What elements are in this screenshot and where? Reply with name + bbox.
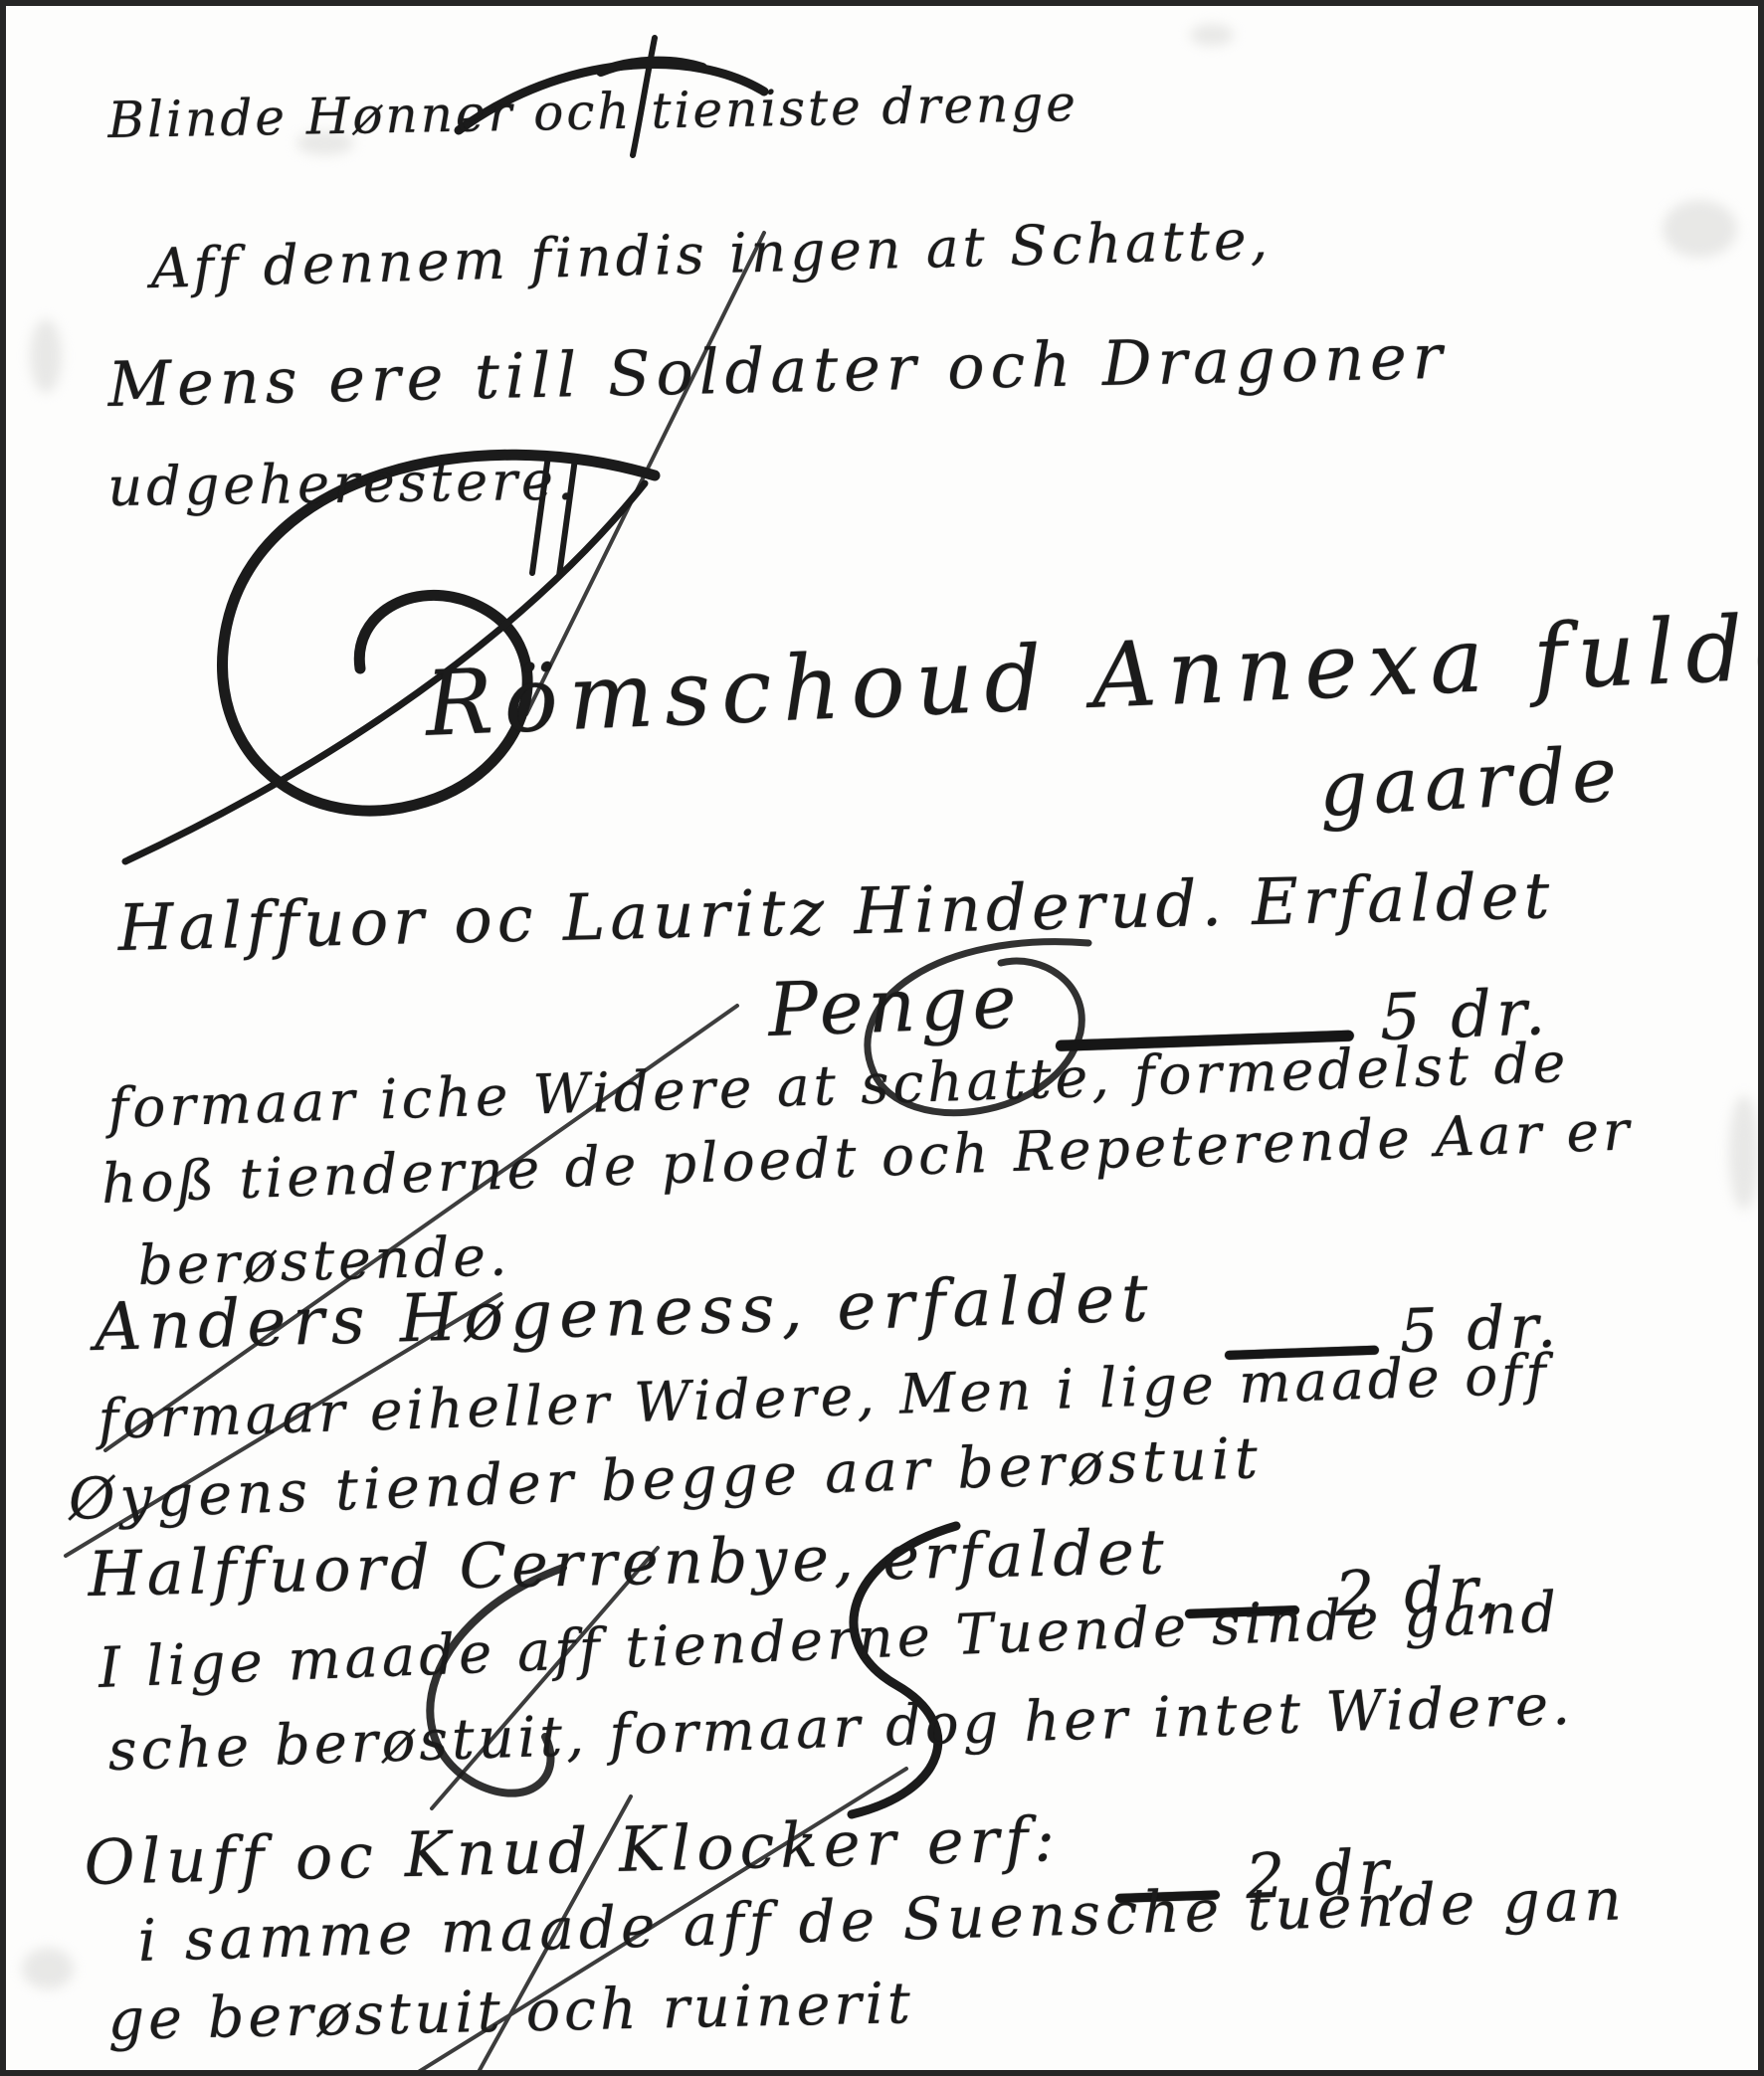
scan-smudge — [1729, 1095, 1759, 1210]
section-heading-sub: gaarde — [1317, 738, 1625, 826]
entry-title: Halffuord Cerrenbye, erfaldet — [88, 1523, 1169, 1604]
intro-line: Mens ere till Soldater och Dragoner — [107, 328, 1449, 415]
scan-smudge — [30, 319, 62, 393]
entry-title: Halffuor oc Lauritz Hinderud. Erfaldet — [117, 866, 1555, 960]
scan-smudge — [1663, 200, 1737, 258]
manuscript-header-line: Blinde Hønner och tieniste drenge — [107, 81, 1078, 145]
entry-body-line: sche berøstuit, formaar dog her intet Wi… — [107, 1679, 1575, 1778]
entry-amount-label: Penge — [767, 967, 1022, 1045]
intro-line: Aff dennem findis ingen at Schatte, — [150, 214, 1273, 295]
section-heading: Römschoud Annexa fulde — [424, 604, 1764, 747]
scan-smudge — [1190, 24, 1234, 46]
entry-body-line: formaar eiheller Widere, Men i lige maad… — [98, 1348, 1551, 1445]
intro-line: udgeherestere. — [107, 455, 578, 512]
scan-smudge — [22, 1948, 74, 1989]
manuscript-page: Blinde Hønner och tieniste drenge Aff de… — [0, 0, 1764, 2076]
entry-title: Oluff oc Knud Klocker erf: — [84, 1810, 1062, 1893]
entry-body-line: ge berøstuit och ruinerit — [107, 1977, 914, 2047]
